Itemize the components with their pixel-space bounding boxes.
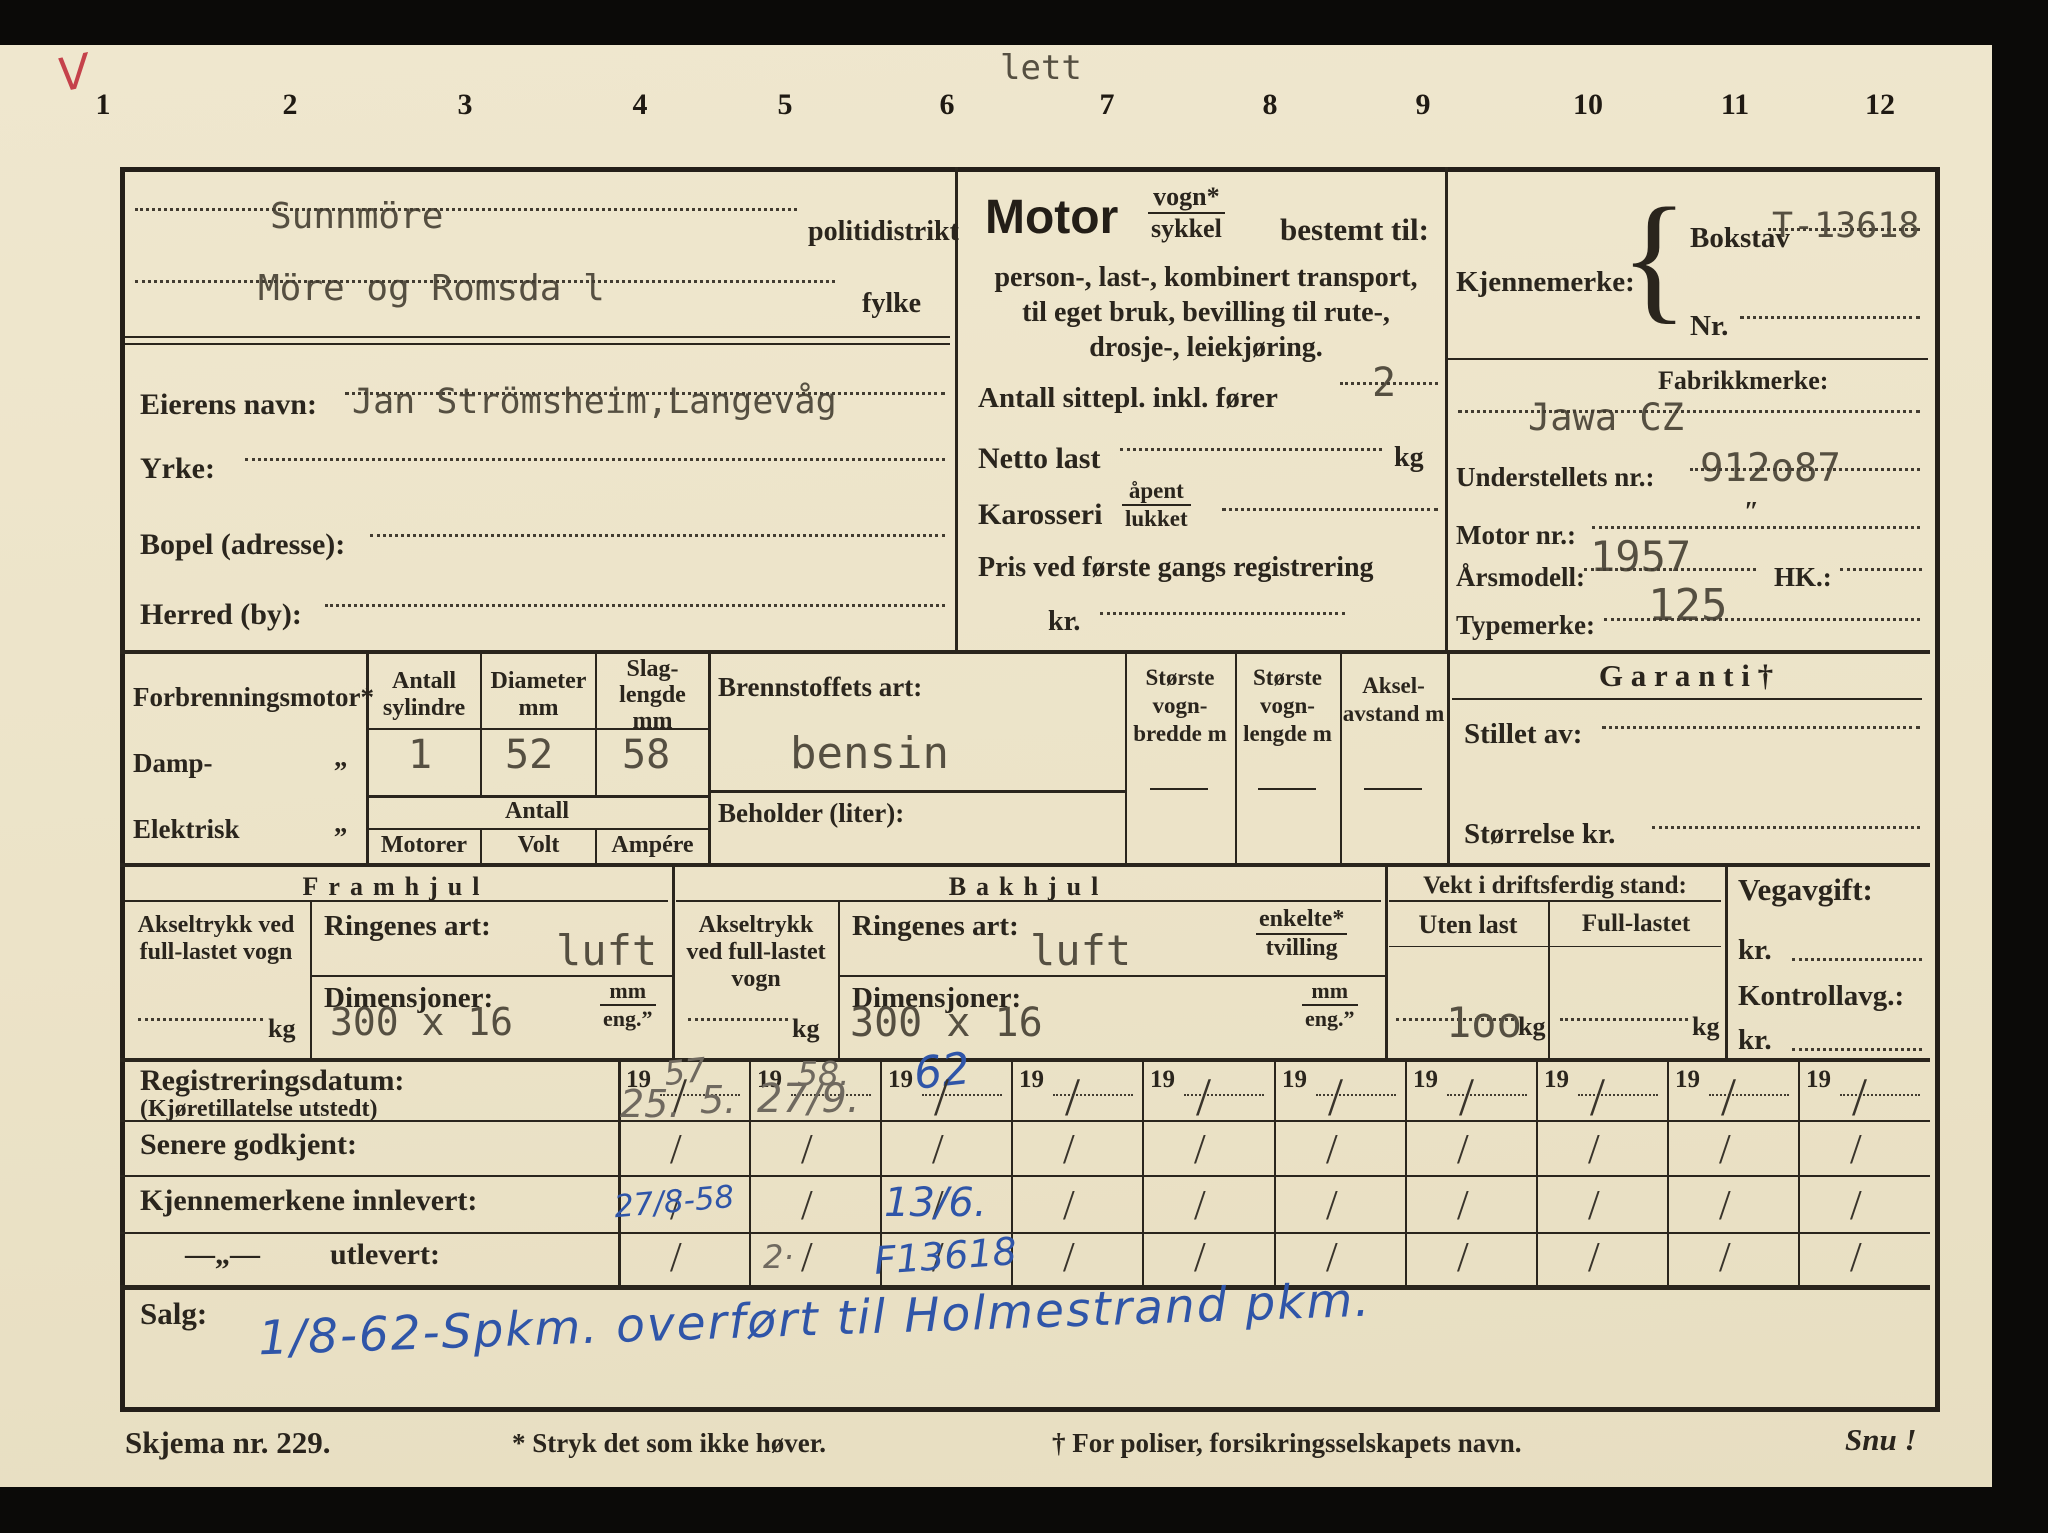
rule [120,650,1930,654]
rule [1340,382,1438,385]
slash-mark: / [932,1126,944,1174]
rule [1445,167,1448,650]
enkelte-option: enkelte* [1256,906,1347,935]
rule [1458,410,1920,413]
rule [1120,448,1382,451]
slash-mark: / [1065,1066,1080,1128]
tank-capacity-label: Beholder (liter): [718,798,904,829]
slash-mark: / [670,1126,682,1174]
slash-mark: / [1457,1234,1469,1282]
combustion-engine-label: Forbrenningsmotor* [133,682,374,713]
slash-mark: / [1852,1066,1867,1128]
rear-ring-label: Ringenes art: [852,910,1019,943]
registry-year-column: 19 / / / / [1536,1058,1667,1285]
rule [688,1018,788,1021]
purpose-line: drosje-, leiekjøring. [975,332,1437,364]
slash-mark: / [1719,1234,1731,1282]
unloaded-weight-value: 1oo [1446,998,1522,1047]
rule [1222,508,1438,511]
slash-mark: / [1063,1182,1075,1230]
vogn-option: vogn* [1148,182,1225,214]
slash-mark: / [1063,1126,1075,1174]
purpose-line: person-, last-, kombinert transport, [975,262,1437,294]
registration-date-entry: 25. [620,1082,680,1126]
fuel-type-label: Brennstoffets art: [718,672,922,703]
volt-header: Volt [482,832,595,859]
road-tax-title: Vegavgift: [1738,872,1873,908]
unloaded-header: Uten last [1389,910,1547,940]
rule [1448,358,1928,360]
eng-option: eng.” [600,1006,656,1032]
turn-over-label: Snu ! [1845,1422,1917,1458]
registration-date-label: Registreringsdatum: [140,1064,404,1098]
slash-mark: / [1326,1126,1338,1174]
rule [135,280,835,283]
lukket-option: lukket [1122,506,1191,532]
slash-mark: / [1588,1126,1600,1174]
rule [370,534,945,537]
chassis-number-label: Understellets nr.: [1456,462,1654,493]
antall-band-label: Antall [366,798,708,825]
apent-option: åpent [1122,478,1191,506]
front-axle-kg-unit: kg [268,1014,295,1044]
police-district-value: Sunnmöre [270,196,443,237]
eng-option: eng.” [1302,1006,1358,1032]
slash-mark: / [801,1234,813,1282]
rule [1604,618,1920,621]
max-width-header: Største vogn- bredde m [1127,664,1233,748]
plates-returned-entry: 13/6. [884,1180,987,1226]
year-prefix: 19 [1806,1066,1831,1094]
rule [125,343,950,345]
rule [366,728,708,730]
wheelbase-header: Aksel- avstand m [1342,672,1445,728]
rule [1740,316,1920,319]
rule [676,900,1381,902]
slash-mark: / [1328,1066,1343,1128]
rule [838,900,840,1058]
diameter-header: Diameter mm [482,668,595,722]
occupation-label: Yrke: [140,452,215,486]
front-ring-label: Ringenes art: [324,910,491,943]
rule [1389,946,1721,947]
plates-issued-entry: F13618 [873,1229,1018,1283]
vogn-sykkel-fraction: vogn* sykkel [1148,182,1225,244]
bestemt-til-label: bestemt til: [1280,212,1429,248]
municipality-label: Herred (by): [140,598,302,632]
ditto-dash: —„— [185,1238,260,1272]
scan-border-top [0,0,2048,45]
year-prefix: 19 [1282,1066,1307,1094]
rule [1792,958,1922,961]
registry-year-column: 19 / / / / [1274,1058,1405,1285]
ruler-number: 4 [633,88,648,122]
karosseri-label: Karosseri [978,498,1102,532]
slash-mark: / [1850,1182,1862,1230]
typemerke-value: 125 [1648,580,1727,631]
form-number: Skjema nr. 229. [125,1425,331,1461]
stroke-value: 58 [622,732,670,778]
rule [138,1018,263,1021]
county-value: Möre og Romsda l [258,268,605,309]
front-ring-value: luft [556,926,657,975]
slash-mark: / [801,1182,813,1230]
rear-axle-load-label: Akseltrykk ved full-lastet vogn [678,912,834,993]
mm-option: mm [1302,978,1358,1006]
later-approved-label: Senere godkjent: [140,1128,357,1162]
plate-number-value: T-13618 [1772,206,1920,246]
ruler-number: 2 [283,88,298,122]
registry-year-column: 19 / / / / [1011,1058,1142,1285]
registry-year-column: 19 57 / / / / 25. 5. 27/8-58 [618,1058,749,1285]
ampere-header: Ampére [597,832,708,859]
registration-date-sublabel: (Kjøretillatelse utstedt) [140,1096,377,1123]
rule [120,863,1930,867]
netto-last-unit: kg [1394,442,1424,474]
ruler-number: 1 [96,88,111,122]
slash-mark: / [1194,1126,1206,1174]
garanti-title: G a r a n t i † [1447,658,1925,694]
slash-mark: / [1326,1182,1338,1230]
steam-engine-label: Damp- [133,748,213,779]
slash-mark: / [1194,1182,1206,1230]
footnote-star: * Stryk det som ikke høver. [512,1428,826,1459]
plates-issued-entry: 2· [763,1238,794,1276]
weight-title: Vekt i driftsferdig stand: [1388,872,1722,900]
ruler-number: 6 [940,88,955,122]
brace-glyph: { [1620,182,1688,332]
slash-mark: / [934,1066,949,1128]
slash-mark: / [670,1234,682,1282]
front-wheel-title: Framhjul [120,872,672,902]
sale-label: Salg: [140,1296,207,1332]
purpose-line: til eget bruk, bevilling til rute-, [975,297,1437,329]
slash-mark: / [1588,1234,1600,1282]
front-dimensions-value: 300 x 16 [330,1000,513,1044]
unloaded-kg-unit: kg [1518,1012,1545,1042]
cylinders-header: Antall sylindre [368,668,480,722]
rule [325,604,945,607]
fully-loaded-header: Full-lastet [1552,910,1720,938]
police-district-label: politidistrikt [808,216,959,248]
rear-axle-kg-unit: kg [792,1014,819,1044]
rule [366,828,708,830]
slash-mark: / [1588,1182,1600,1230]
plates-returned-label: Kjennemerkene innlevert: [140,1184,477,1218]
cylinders-value: 1 [408,732,432,778]
slash-mark: / [1459,1066,1474,1128]
plates-issued-label: utlevert: [330,1238,440,1272]
tvilling-option: tvilling [1256,935,1347,962]
electric-engine-label: Elektrisk [133,814,240,845]
slash-mark: / [1719,1182,1731,1230]
price-label: Pris ved første gangs registrering [978,552,1374,584]
motor-heading: Motor [985,190,1118,245]
ruler-number: 5 [778,88,793,122]
rule [1690,468,1920,471]
slash-mark: / [1194,1234,1206,1282]
slash-mark: / [1590,1066,1605,1128]
rule [1100,612,1345,615]
slash-mark: / [1457,1126,1469,1174]
rule [310,975,672,977]
model-year-value: 1957 [1590,532,1691,581]
top-annotation: lett [1000,48,1082,88]
scan-border-right [1992,0,2048,1533]
registry-year-column: 19 / / / / [1667,1058,1798,1285]
loaded-kg-unit: kg [1692,1012,1719,1042]
typemerke-label: Typemerke: [1456,610,1595,641]
rule [1602,726,1920,729]
rear-wheel-title: Bakhjul [672,872,1385,902]
ruler-number: 11 [1721,88,1749,122]
rule [135,208,797,211]
year-prefix: 19 [1544,1066,1569,1094]
rule [1725,863,1728,1058]
rear-mm-eng-fraction: mm eng.” [1302,978,1358,1032]
address-label: Bopel (adresse): [140,528,345,562]
max-length-header: Største vogn- lengde m [1237,664,1338,748]
rule [1452,698,1922,700]
ruler-number: 12 [1865,88,1895,122]
front-mm-eng-fraction: mm eng.” [600,978,656,1032]
ditto-mark: ″ [1744,496,1759,527]
seats-label: Antall sittepl. inkl. fører [978,382,1278,415]
stillet-av-label: Stillet av: [1464,718,1582,751]
owner-name-label: Eierens navn: [140,388,317,422]
registry-year-column: 19 / / / / [1798,1058,1929,1285]
engine-number-label: Motor nr.: [1456,520,1576,551]
scan-border-bottom [0,1487,2048,1533]
netto-last-label: Netto last [978,442,1100,476]
slash-mark: / [1719,1126,1731,1174]
control-fee-kr-label: kr. [1738,1024,1772,1057]
registry-year-column: 19 / / / / [1142,1058,1273,1285]
rule [1652,826,1920,829]
sykkel-option: sykkel [1148,214,1225,244]
slash-mark: / [1457,1182,1469,1230]
ruler-number: 7 [1100,88,1115,122]
owner-name-value: Jan Strömsheim,Langevåg [352,382,837,422]
ditto-mark: „ [334,742,348,773]
year-prefix: 19 [888,1066,913,1094]
storrelse-label: Størrelse kr. [1464,818,1615,851]
registry-year-column: 19 / / / / [1405,1058,1536,1285]
rule [125,336,950,338]
plates-returned-entry: 27/8-58 [613,1179,736,1225]
rule [245,458,945,461]
enkelte-tvilling-fraction: enkelte* tvilling [1256,906,1347,962]
slash-mark: / [1196,1066,1211,1128]
rule [1840,568,1922,571]
rear-dimensions-value: 300 x 16 [850,1000,1043,1046]
rule [1792,1048,1922,1051]
rule [708,650,711,863]
mm-option: mm [600,978,656,1006]
rule [1592,526,1920,529]
registration-date-entry: 27/9. [757,1076,860,1122]
fabrikkmerke-value: Jawa CZ [1528,396,1684,439]
rule [708,790,1125,793]
nr-label: Nr. [1690,310,1728,343]
year-prefix: 19 [1675,1066,1700,1094]
ruler-number: 9 [1416,88,1431,122]
slash-mark: / [801,1126,813,1174]
rule [1768,228,1920,231]
slash-mark: / [1850,1234,1862,1282]
rule [1389,900,1721,902]
hk-label: HK.: [1774,562,1832,593]
slash-mark: / [1721,1066,1736,1128]
rule [1258,788,1316,790]
year-prefix: 19 [1413,1066,1438,1094]
ruler-number: 8 [1263,88,1278,122]
registration-card-scan: V lett 1 2 3 4 5 6 7 8 9 10 11 12 Sunnmö… [0,0,2048,1533]
ruler-number: 3 [458,88,473,122]
footnote-dagger: † For poliser, forsikringsselskapets nav… [1052,1428,1522,1459]
ruler-number: 10 [1573,88,1603,122]
front-axle-load-label: Akseltrykk ved full-lastet vogn [125,912,307,966]
fabrikkmerke-label: Fabrikkmerke: [1658,366,1828,396]
registry-year-column: 19 58. / / / 27/9. 2· [749,1058,880,1285]
rule [1364,788,1422,790]
registry-year-column: 19 62 / / / / 13/6. F13618 [880,1058,1011,1285]
rule [310,900,312,1058]
county-label: fylke [862,288,921,320]
ditto-mark: „ [334,808,348,839]
fuel-type-value: bensin [790,728,949,779]
year-prefix: 19 [1150,1066,1175,1094]
rule [125,900,668,902]
road-tax-kr-label: kr. [1738,934,1772,967]
stroke-header: Slag- lengde mm [597,656,708,734]
rule [1548,900,1550,1058]
motorer-header: Motorer [368,832,480,859]
price-unit: kr. [1048,606,1080,638]
diameter-value: 52 [505,732,553,778]
rule [1584,568,1756,571]
rear-ring-value: luft [1030,926,1131,975]
kjennemerke-label: Kjennemerke: [1456,266,1635,299]
model-year-label: Årsmodell: [1456,562,1585,593]
slash-mark: / [1063,1234,1075,1282]
rule [1150,788,1208,790]
registration-date-entry: 5. [700,1078,736,1122]
control-fee-label: Kontrollavg.: [1738,980,1904,1013]
rule [838,975,1385,977]
slash-mark: / [1850,1126,1862,1174]
year-prefix: 19 [1019,1066,1044,1094]
apent-lukket-fraction: åpent lukket [1122,478,1191,532]
rule [1560,1018,1688,1021]
rule [345,392,945,395]
